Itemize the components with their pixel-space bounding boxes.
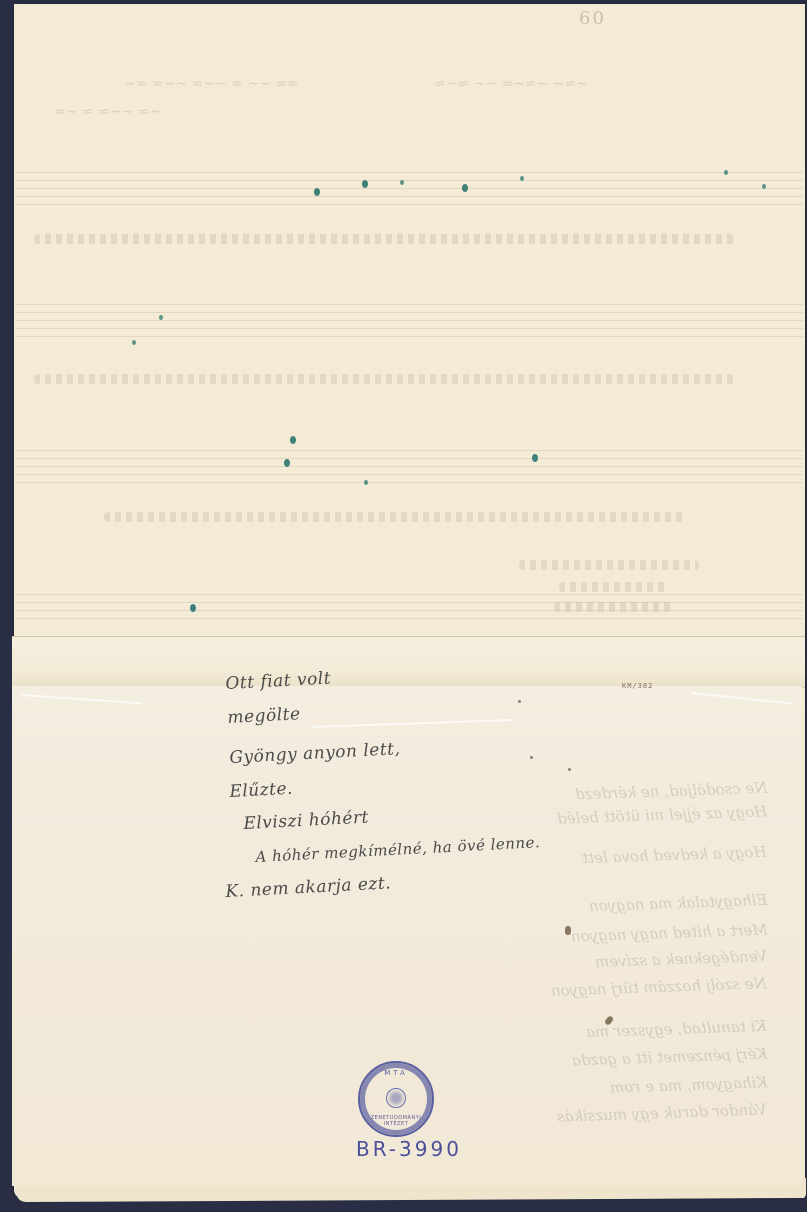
bleed-lyrics-line: [559, 582, 669, 592]
paper-crease: [22, 694, 142, 704]
ink-note-head: [364, 480, 368, 485]
paper-fold-strip: [12, 636, 805, 688]
bleed-text-line: ∽≈ ∽∽≈ ≈ ∽≈: [54, 104, 161, 120]
ink-speck: [568, 768, 571, 771]
ink-note-head: [290, 436, 296, 444]
ink-note-head: [400, 180, 404, 185]
ink-note-head: [284, 459, 290, 467]
ink-note-head: [520, 176, 524, 181]
ink-speck: [530, 756, 533, 759]
upper-section-bleed-through: 60 ≈≈ ∽∽ ≈ ∽∽≈ ∽∽≈ ≈∽ ∽≈∽ ∽≈∽≈ ∽∽ ≈∽≈ ∽≈…: [14, 4, 805, 637]
bleed-text-line: ∽≈∽ ∽≈∽≈ ∽∽ ≈∽≈: [434, 76, 588, 92]
ink-note-head: [762, 184, 766, 189]
ink-note-head: [532, 454, 538, 462]
music-staff: [16, 172, 803, 206]
library-stamp: MTA ZENETUDOMÁNYI INTÉZET: [358, 1061, 434, 1137]
music-staff: [16, 304, 803, 338]
paper-crease: [312, 719, 512, 728]
ink-speck: [518, 700, 521, 703]
bleed-lyrics-line: [519, 560, 699, 570]
ink-note-head: [462, 184, 468, 192]
bleed-text-line: ≈≈ ∽∽ ≈ ∽∽≈ ∽∽≈ ≈∽: [124, 76, 299, 92]
coat-of-arms-icon: [386, 1088, 406, 1108]
ink-note-head: [362, 180, 368, 188]
ink-note-head: [190, 604, 196, 612]
ink-note-head: [724, 170, 728, 175]
bleed-lyrics-line: [34, 234, 734, 244]
ink-note-head: [132, 340, 136, 345]
music-staff: [16, 450, 803, 484]
folio-number: 60: [579, 8, 606, 29]
fold-mark-text: KM/382: [622, 682, 653, 690]
ink-note-head: [159, 315, 163, 320]
handwritten-line: Elűzte.: [229, 779, 294, 802]
catalog-number: BR-3990: [356, 1137, 462, 1161]
handwritten-line: megölte: [227, 704, 301, 728]
bleed-lyrics-line: [34, 374, 734, 384]
stamp-top-text: MTA: [360, 1069, 432, 1077]
stamp-ring-text: ZENETUDOMÁNYI INTÉZET: [364, 1115, 428, 1127]
ink-note-head: [314, 188, 320, 196]
ink-blot: [565, 926, 571, 935]
bleed-lyrics-line: [104, 512, 684, 522]
music-staff: [16, 594, 803, 624]
paper-crease: [692, 692, 792, 704]
